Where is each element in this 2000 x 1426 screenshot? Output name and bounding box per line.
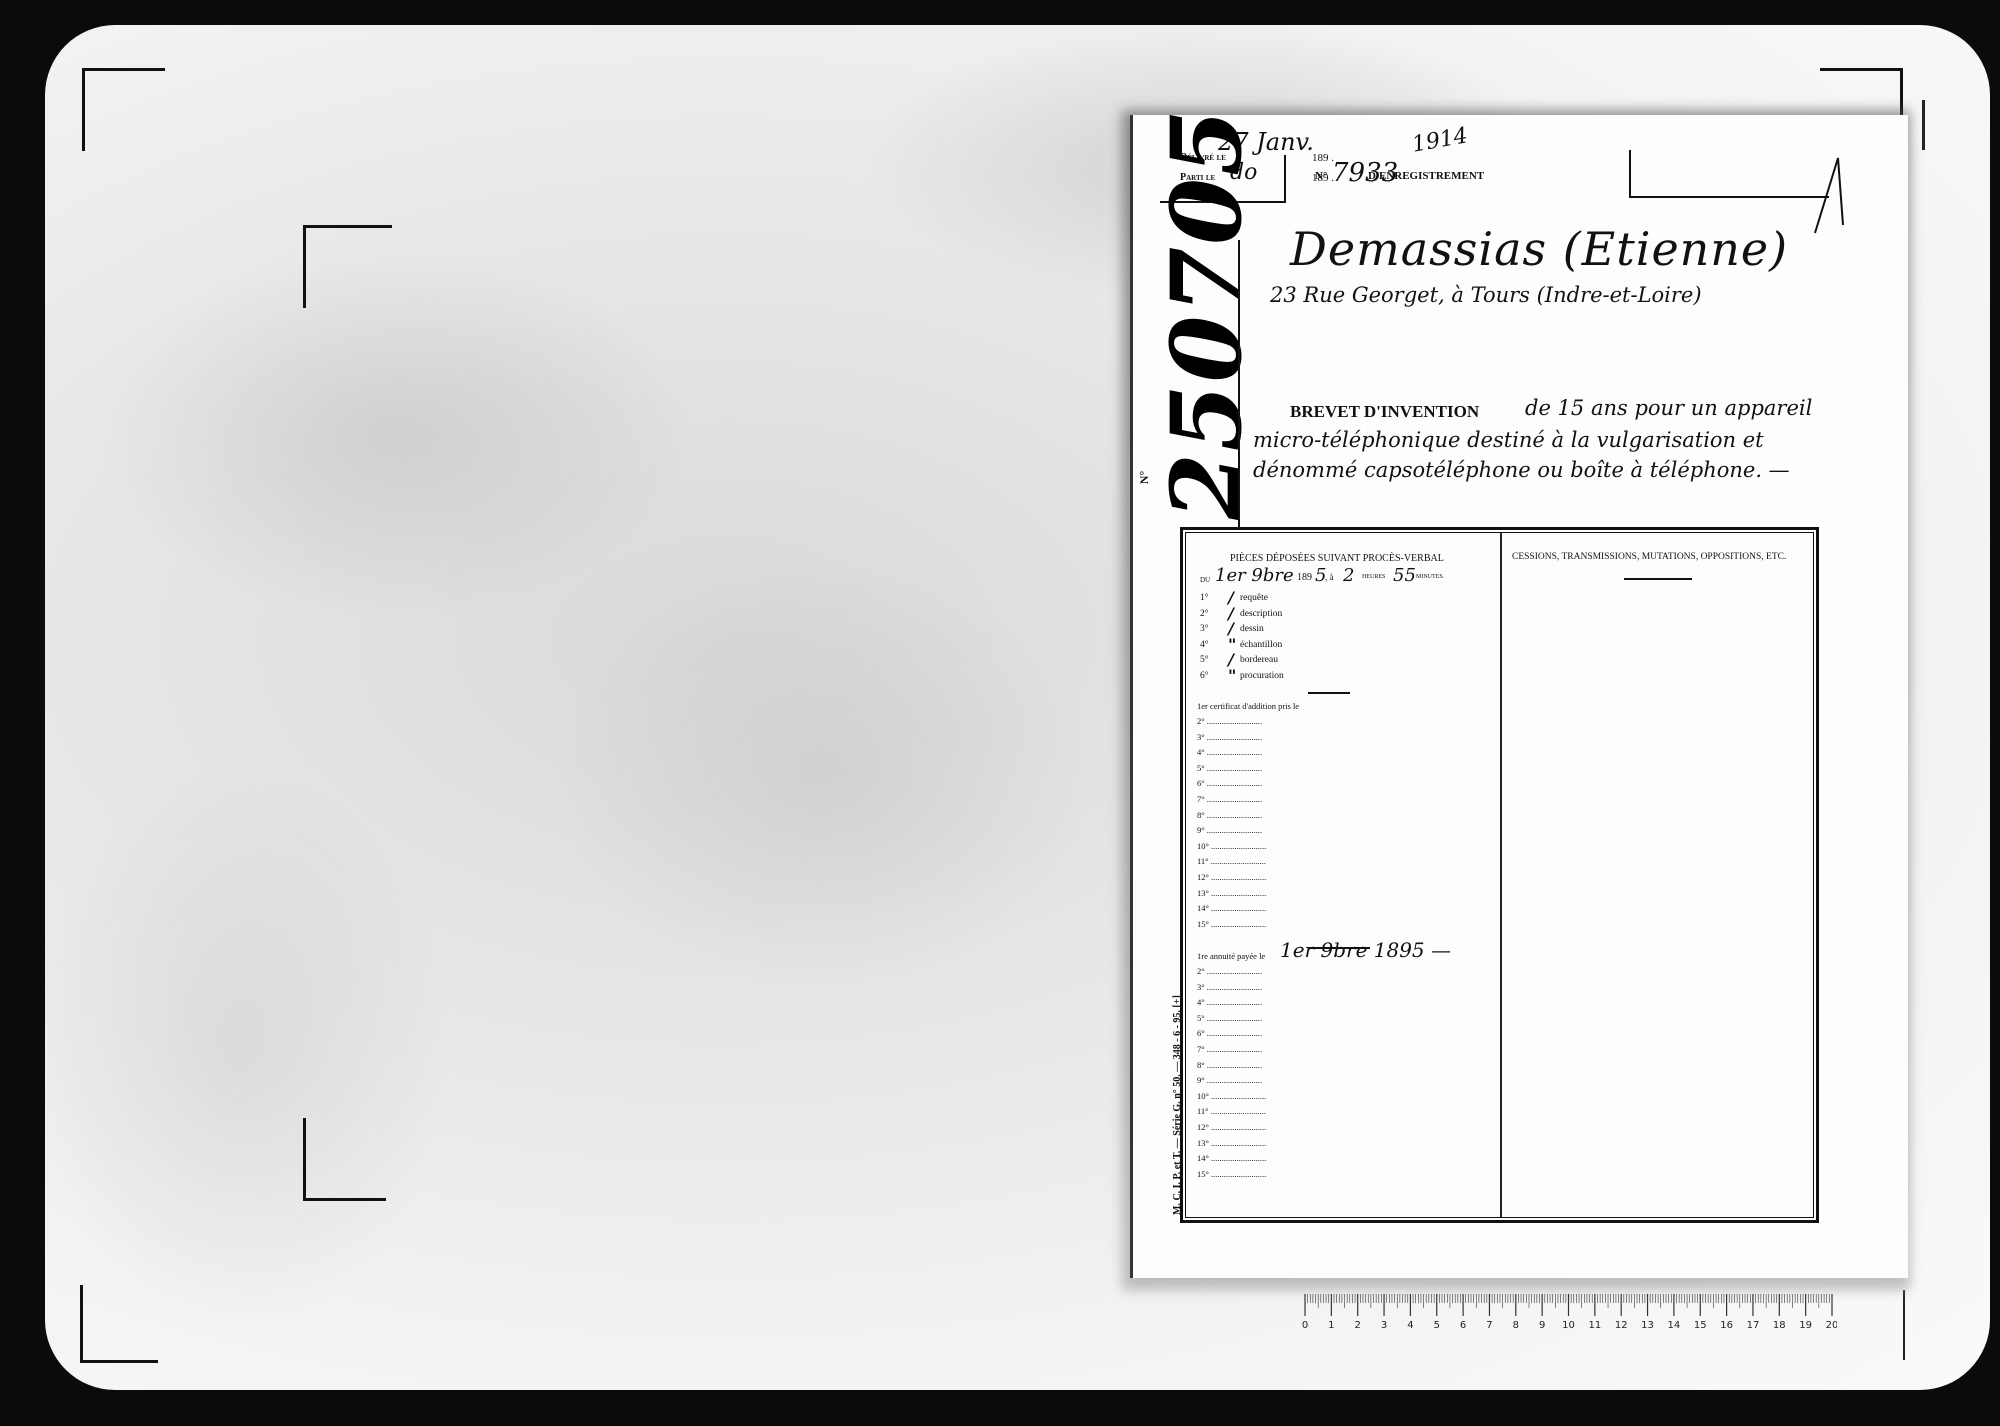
piece-number: 6° <box>1200 671 1209 681</box>
svg-text:20: 20 <box>1826 1320 1837 1331</box>
svg-text:1: 1 <box>1328 1320 1334 1331</box>
svg-text:6: 6 <box>1460 1320 1466 1331</box>
certificat-row: 5° .......................... <box>1197 763 1262 773</box>
svg-text:12: 12 <box>1615 1320 1628 1331</box>
svg-text:2: 2 <box>1355 1320 1361 1331</box>
title-label: BREVET D'INVENTION <box>1290 402 1479 422</box>
piece-label: bordereau <box>1240 655 1278 665</box>
svg-text:8: 8 <box>1513 1320 1519 1331</box>
pieces-separator <box>1308 692 1350 694</box>
certificat-row: 9° .......................... <box>1197 825 1262 835</box>
certificat-row: 4° .......................... <box>1197 747 1262 757</box>
piece-label: procuration <box>1240 671 1284 681</box>
piece-number: 3° <box>1200 624 1209 634</box>
cessions-separator <box>1624 578 1692 580</box>
pieces-year-label: 189 <box>1297 572 1312 583</box>
annuite-row: 13° .......................... <box>1197 1138 1266 1148</box>
piece-number: 2° <box>1200 609 1209 619</box>
certificat-row: 12° .......................... <box>1197 872 1266 882</box>
svg-text:9: 9 <box>1539 1320 1545 1331</box>
crop-mark-right-tick <box>1922 100 1925 150</box>
annuite-row: 7° .......................... <box>1197 1044 1262 1054</box>
svg-text:16: 16 <box>1720 1320 1733 1331</box>
svg-text:14: 14 <box>1668 1320 1681 1331</box>
stamp-box-left <box>1629 150 1631 198</box>
certificat-row: 6° .......................... <box>1197 778 1262 788</box>
column-divider <box>1500 533 1502 1217</box>
piece-label: requête <box>1240 593 1268 603</box>
annuite-row: 4° .......................... <box>1197 997 1262 1007</box>
certificat-row: 13° .......................... <box>1197 888 1266 898</box>
title-line-2: micro-téléphonique destiné à la vulgaris… <box>1253 428 1764 452</box>
svg-text:17: 17 <box>1747 1320 1760 1331</box>
piece-number: 1° <box>1200 593 1209 603</box>
scale-ruler: 01234567891011121314151617181920 <box>1302 1292 1837 1332</box>
piece-number: 4° <box>1200 640 1209 650</box>
svg-text:11: 11 <box>1588 1320 1601 1331</box>
annuite-row: 14° .......................... <box>1197 1153 1266 1163</box>
svg-text:19: 19 <box>1799 1320 1812 1331</box>
side-print: M. C. I. P. et T. — Série G. n° 50. — 34… <box>1172 995 1183 1215</box>
svg-text:18: 18 <box>1773 1320 1786 1331</box>
applicant-name: Demassias (Etienne) <box>1290 222 1788 276</box>
annuite-row: 6° .......................... <box>1197 1028 1262 1038</box>
delivre-year: 189 . <box>1312 152 1334 164</box>
pieces-du-label: DU <box>1200 576 1210 584</box>
annuite-row: 3° .......................... <box>1197 982 1262 992</box>
check-mark-icon <box>1810 155 1850 235</box>
enregistrement-prefix: N° <box>1315 170 1327 182</box>
annuite-row: 9° .......................... <box>1197 1075 1262 1085</box>
header-box-right <box>1284 155 1286 203</box>
title-line-1: de 15 ans pour un appareil <box>1525 396 1812 420</box>
annuite-first-label: 1re annuité payée le <box>1197 951 1265 961</box>
annuite-first-value: 1er 9bre 1895 — <box>1280 938 1451 962</box>
certificat-row: 8° .......................... <box>1197 810 1262 820</box>
svg-text:7: 7 <box>1486 1320 1492 1331</box>
crop-mark-bottom-right <box>1903 1290 1905 1360</box>
annuite-row: 10° .......................... <box>1197 1091 1266 1101</box>
piece-label: échantillon <box>1240 640 1282 650</box>
svg-text:13: 13 <box>1641 1320 1654 1331</box>
pieces-hour: 2 <box>1343 565 1354 586</box>
crop-mark-inner-bottom-left <box>303 1118 386 1201</box>
pieces-a-label: , à <box>1325 572 1334 582</box>
svg-text:4: 4 <box>1407 1320 1413 1331</box>
certificat-first-label: 1er certificat d'addition pris le <box>1197 701 1299 711</box>
margin-rule <box>1238 240 1240 528</box>
certificat-row: 14° .......................... <box>1197 903 1266 913</box>
crop-mark-bottom-left <box>80 1285 158 1363</box>
certificat-row: 2° .......................... <box>1197 716 1262 726</box>
svg-text:3: 3 <box>1381 1320 1387 1331</box>
certificat-row: 10° .......................... <box>1197 841 1266 851</box>
pieces-heures-label: HEURES <box>1362 574 1385 580</box>
pieces-minutes-label: MINUTES. <box>1416 574 1444 580</box>
certificat-row: 15° .......................... <box>1197 919 1266 929</box>
pieces-date: 1er 9bre <box>1215 565 1294 586</box>
piece-mark: " <box>1228 666 1236 685</box>
annuite-row: 12° .......................... <box>1197 1122 1266 1132</box>
annuite-row: 11° .......................... <box>1197 1106 1266 1116</box>
certificat-row: 3° .......................... <box>1197 732 1262 742</box>
piece-number: 5° <box>1200 655 1209 665</box>
applicant-address: 23 Rue Georget, à Tours (Indre-et-Loire) <box>1270 283 1702 307</box>
certificat-row: 7° .......................... <box>1197 794 1262 804</box>
annuite-row: 8° .......................... <box>1197 1060 1262 1070</box>
piece-label: description <box>1240 609 1282 619</box>
crop-mark-inner-top-left <box>303 225 392 308</box>
pieces-minutes: 55 <box>1393 565 1416 586</box>
svg-text:10: 10 <box>1562 1320 1575 1331</box>
svg-text:15: 15 <box>1694 1320 1707 1331</box>
enregistrement-label: D'ENREGISTREMENT <box>1368 170 1484 182</box>
annuite-row: 15° .......................... <box>1197 1169 1266 1179</box>
annuite-row: 5° .......................... <box>1197 1013 1262 1023</box>
svg-text:0: 0 <box>1302 1320 1308 1331</box>
patent-number: 250705 <box>1150 107 1263 520</box>
crop-mark-top-left <box>82 68 165 151</box>
certificat-row: 11° .......................... <box>1197 856 1266 866</box>
pieces-heading: PIÈCES DÉPOSÉES SUIVANT PROCÈS-VERBAL <box>1230 553 1444 564</box>
stamp-box-bottom <box>1629 196 1829 198</box>
annuite-row: 2° .......................... <box>1197 966 1262 976</box>
title-line-3: dénommé capsotéléphone ou boîte à téléph… <box>1253 458 1790 482</box>
cessions-heading: CESSIONS, TRANSMISSIONS, MUTATIONS, OPPO… <box>1512 552 1786 562</box>
piece-label: dessin <box>1240 624 1264 634</box>
svg-text:5: 5 <box>1434 1320 1440 1331</box>
